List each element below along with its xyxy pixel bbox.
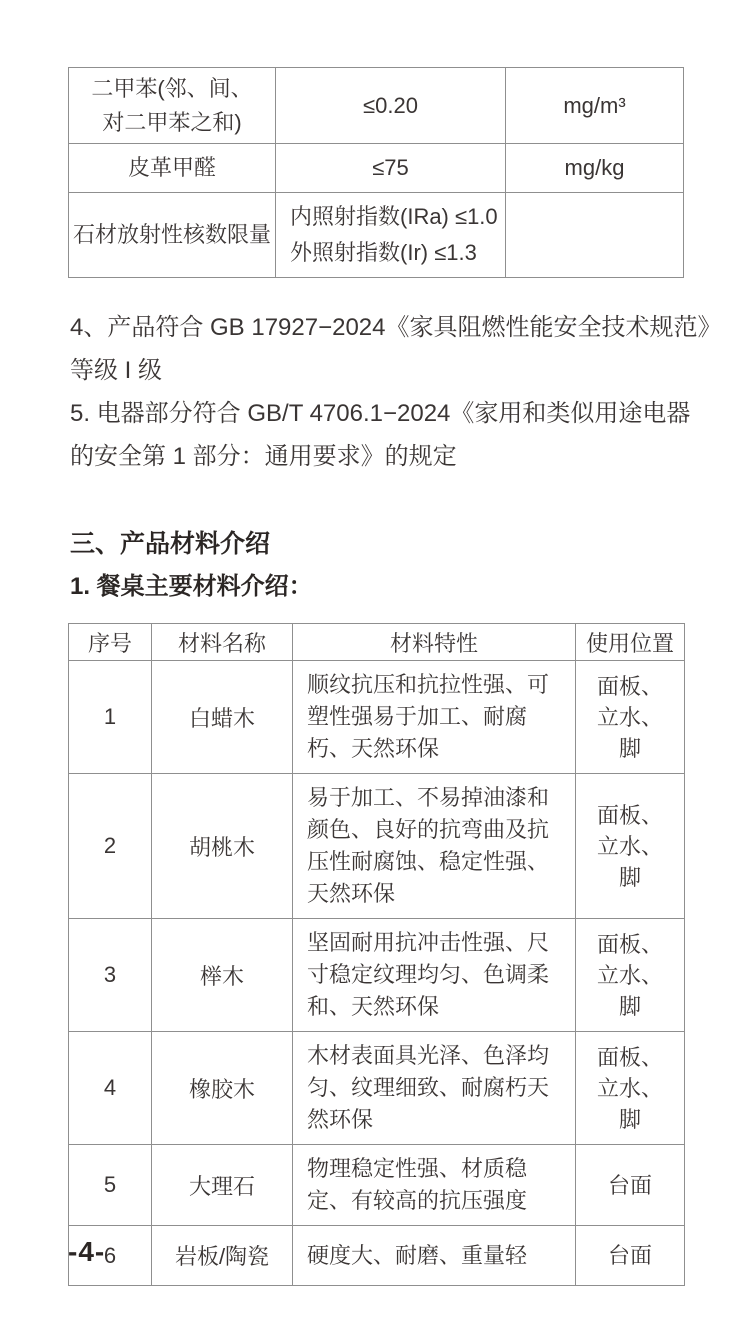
unit-value: mg/kg — [506, 144, 684, 193]
substance-name: 石材放射性核数限量 — [69, 193, 276, 278]
table-row: 4 橡胶木 木材表面具光泽、色泽均匀、纹理细致、耐腐朽天然环保 面板、 立水、 … — [69, 1032, 685, 1145]
material-name: 白蜡木 — [152, 661, 293, 774]
material-position: 面板、 立水、 脚 — [576, 774, 685, 919]
material-index: 5 — [69, 1145, 152, 1226]
material-position: 面板、 立水、 脚 — [576, 661, 685, 774]
unit-value — [506, 193, 684, 278]
table-row: 6 岩板/陶瓷 硬度大、耐磨、重量轻 台面 — [69, 1226, 685, 1286]
page-number: -4- — [68, 1236, 105, 1268]
material-index: 3 — [69, 919, 152, 1032]
material-name: 榉木 — [152, 919, 293, 1032]
paragraph-line: 5. 电器部分符合 GB/T 4706.1−2024《家用和类似用途电器 — [70, 392, 710, 435]
compliance-paragraphs: 4、产品符合 GB 17927−2024《家具阻燃性能安全技术规范》 等级 I … — [70, 306, 710, 478]
table-header-row: 序号 材料名称 材料特性 使用位置 — [69, 624, 685, 661]
material-traits: 易于加工、不易掉油漆和颜色、良好的抗弯曲及抗压性耐腐蚀、稳定性强、天然环保 — [293, 774, 576, 919]
material-index: 2 — [69, 774, 152, 919]
table-row: 皮革甲醛 ≤75 mg/kg — [69, 144, 684, 193]
limit-value: ≤0.20 — [276, 68, 506, 144]
paragraph-line: 4、产品符合 GB 17927−2024《家具阻燃性能安全技术规范》 — [70, 306, 710, 349]
material-name: 橡胶木 — [152, 1032, 293, 1145]
table-row: 1 白蜡木 顺纹抗压和抗拉性强、可塑性强易于加工、耐腐朽、天然环保 面板、 立水… — [69, 661, 685, 774]
column-header-material-name: 材料名称 — [152, 624, 293, 661]
column-header-traits: 材料特性 — [293, 624, 576, 661]
material-traits: 硬度大、耐磨、重量轻 — [293, 1226, 576, 1286]
material-index: 1 — [69, 661, 152, 774]
limits-table: 二甲苯(邻、间、 对二甲苯之和) ≤0.20 mg/m³ 皮革甲醛 ≤75 mg… — [68, 67, 684, 278]
substance-name: 二甲苯(邻、间、 对二甲苯之和) — [69, 68, 276, 144]
material-position: 面板、 立水、 脚 — [576, 1032, 685, 1145]
column-header-position: 使用位置 — [576, 624, 685, 661]
column-header-index: 序号 — [69, 624, 152, 661]
table-row: 石材放射性核数限量 内照射指数(IRa) ≤1.0 外照射指数(Ir) ≤1.3 — [69, 193, 684, 278]
paragraph-line: 的安全第 1 部分：通用要求》的规定 — [70, 435, 710, 478]
substance-name: 皮革甲醛 — [69, 144, 276, 193]
material-name: 岩板/陶瓷 — [152, 1226, 293, 1286]
material-name: 大理石 — [152, 1145, 293, 1226]
table-row: 5 大理石 物理稳定性强、材质稳定、有较高的抗压强度 台面 — [69, 1145, 685, 1226]
unit-value: mg/m³ — [506, 68, 684, 144]
material-position: 台面 — [576, 1145, 685, 1226]
table-row: 3 榉木 坚固耐用抗冲击性强、尺寸稳定纹理均匀、色调柔和、天然环保 面板、 立水… — [69, 919, 685, 1032]
paragraph-line: 等级 I 级 — [70, 349, 710, 392]
material-position: 面板、 立水、 脚 — [576, 919, 685, 1032]
section-subtitle: 1. 餐桌主要材料介绍： — [70, 566, 313, 601]
table-row: 2 胡桃木 易于加工、不易掉油漆和颜色、良好的抗弯曲及抗压性耐腐蚀、稳定性强、天… — [69, 774, 685, 919]
limit-value: 内照射指数(IRa) ≤1.0 外照射指数(Ir) ≤1.3 — [276, 193, 506, 278]
manual-page: 二甲苯(邻、间、 对二甲苯之和) ≤0.20 mg/m³ 皮革甲醛 ≤75 mg… — [0, 0, 750, 1334]
material-traits: 木材表面具光泽、色泽均匀、纹理细致、耐腐朽天然环保 — [293, 1032, 576, 1145]
section-title: 三、产品材料介绍 — [70, 524, 270, 560]
material-traits: 坚固耐用抗冲击性强、尺寸稳定纹理均匀、色调柔和、天然环保 — [293, 919, 576, 1032]
material-traits: 顺纹抗压和抗拉性强、可塑性强易于加工、耐腐朽、天然环保 — [293, 661, 576, 774]
material-position: 台面 — [576, 1226, 685, 1286]
material-traits: 物理稳定性强、材质稳定、有较高的抗压强度 — [293, 1145, 576, 1226]
material-index: 4 — [69, 1032, 152, 1145]
table-row: 二甲苯(邻、间、 对二甲苯之和) ≤0.20 mg/m³ — [69, 68, 684, 144]
limit-value: ≤75 — [276, 144, 506, 193]
material-name: 胡桃木 — [152, 774, 293, 919]
materials-table: 序号 材料名称 材料特性 使用位置 1 白蜡木 顺纹抗压和抗拉性强、可塑性强易于… — [68, 623, 685, 1286]
